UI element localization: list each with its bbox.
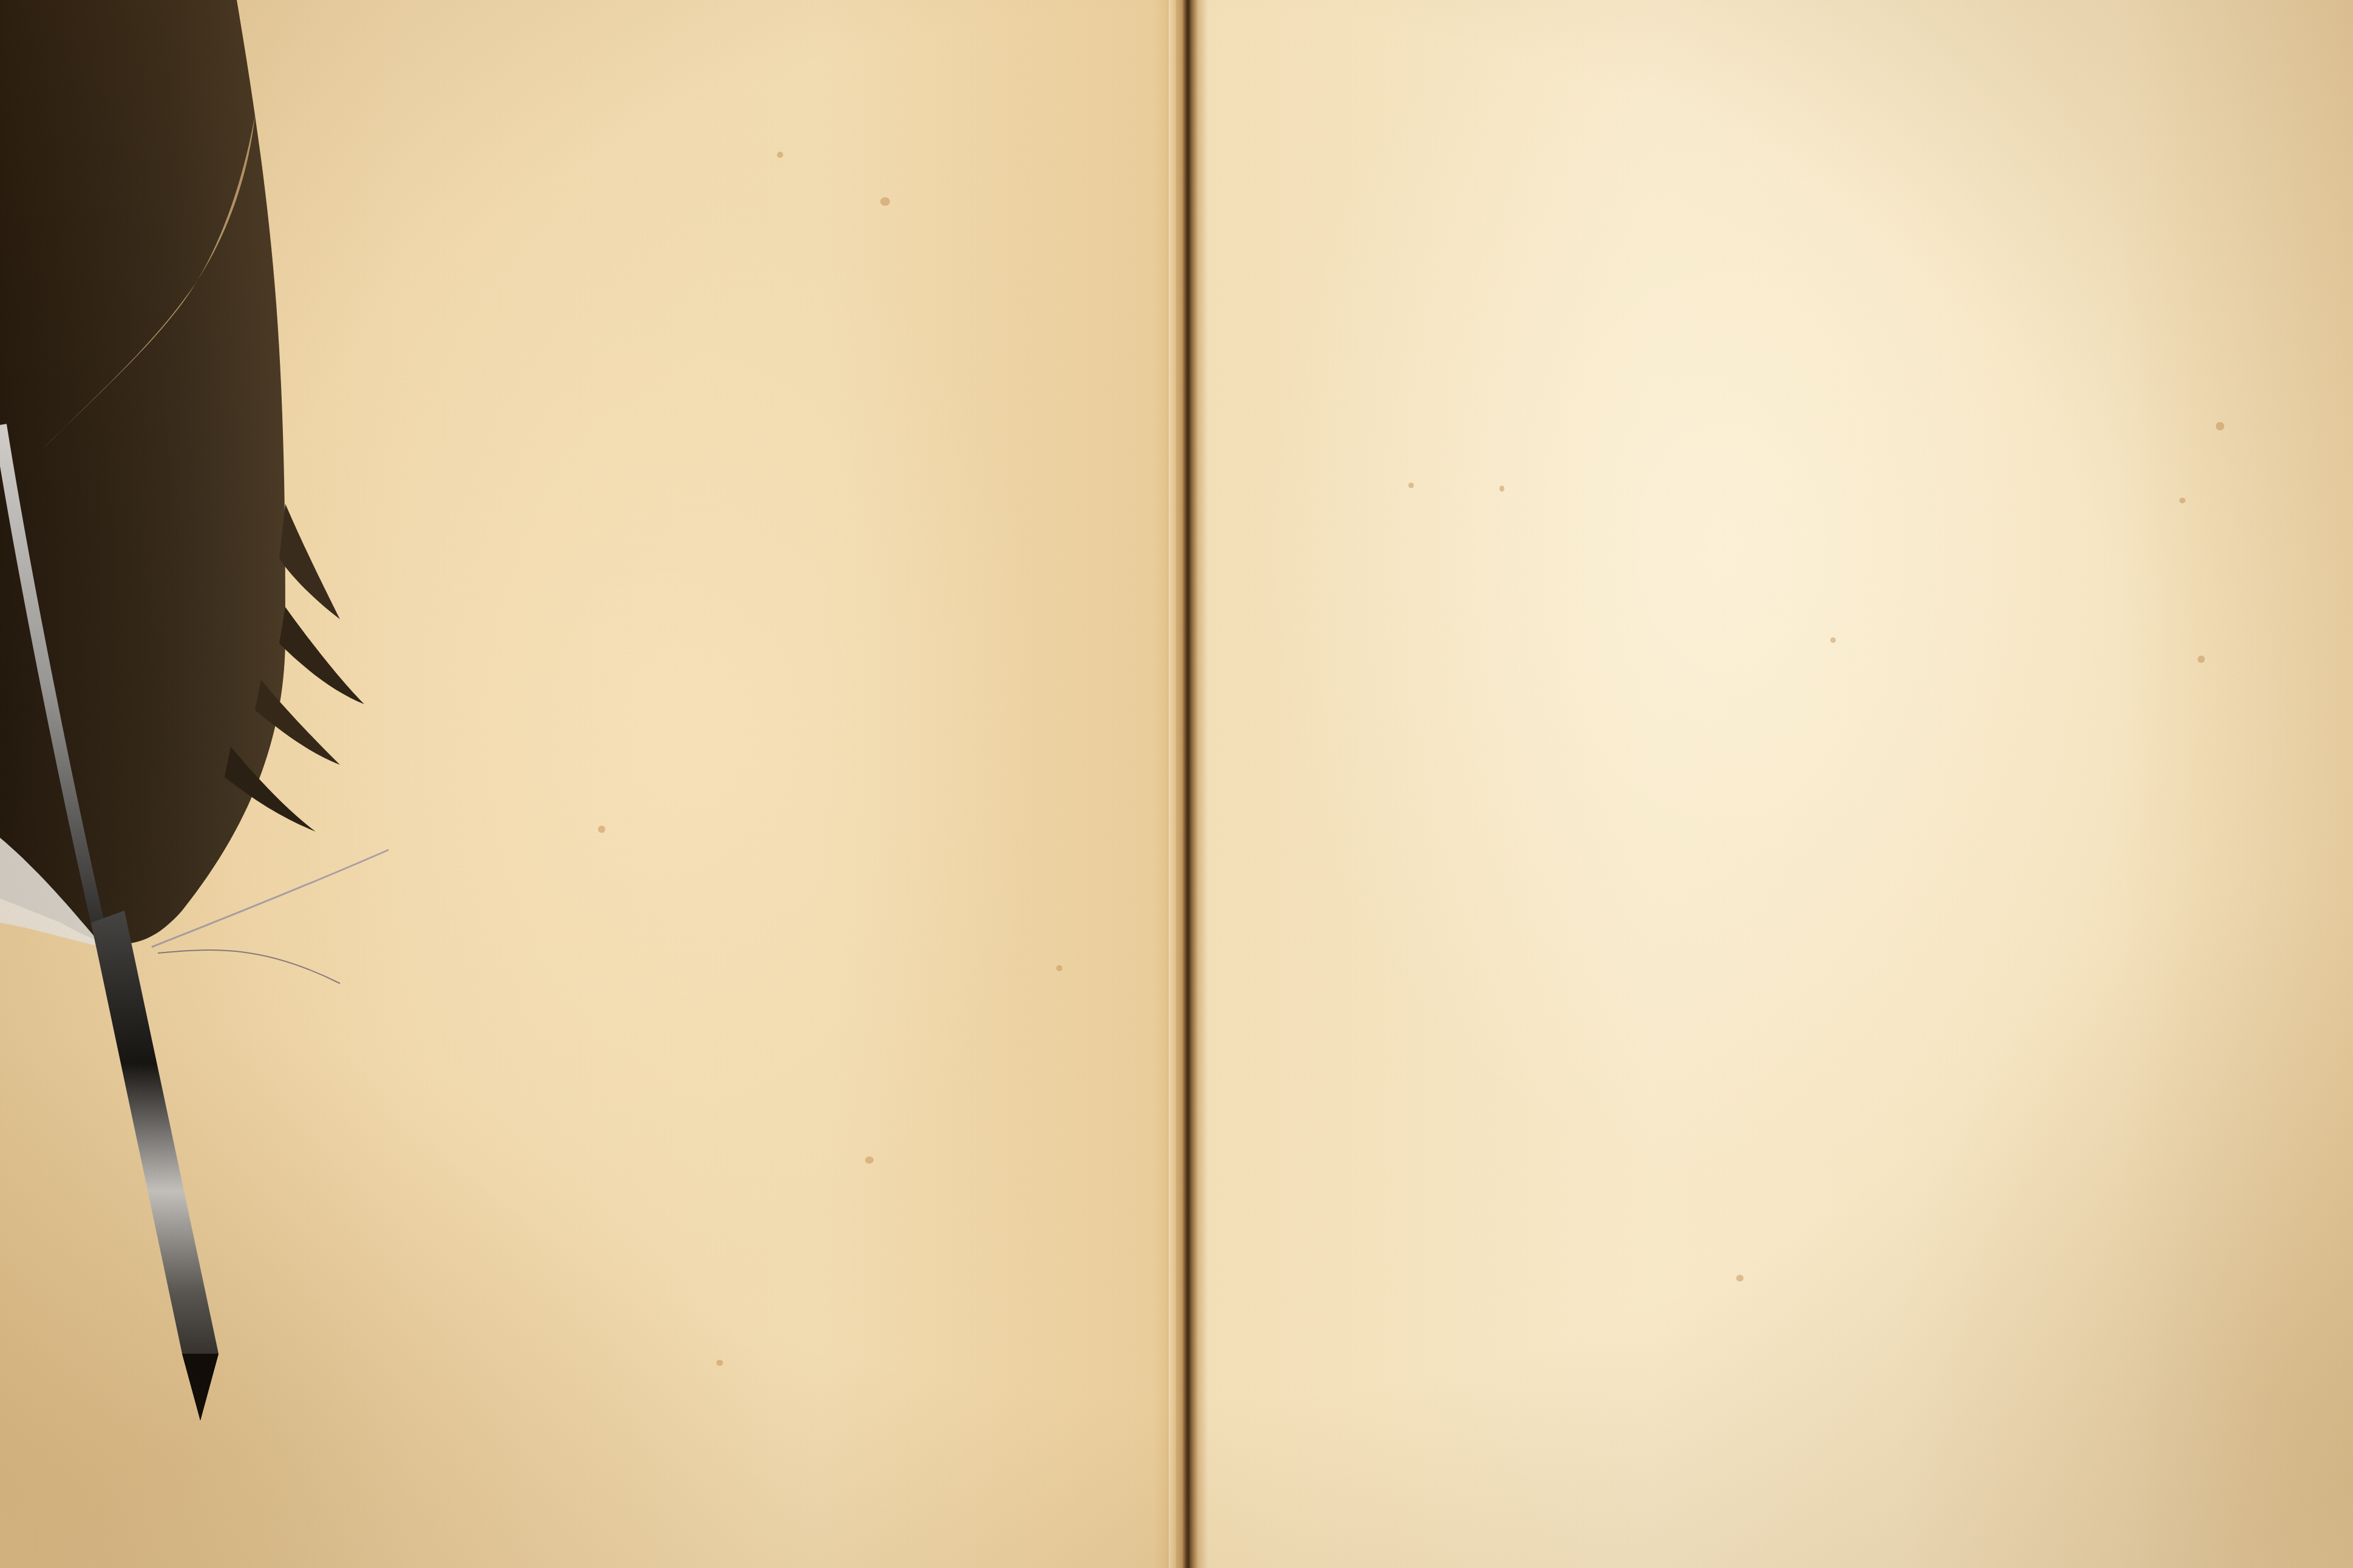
foxing-spot <box>598 826 605 833</box>
foxing-spot <box>1408 483 1414 488</box>
foxing-spot <box>2216 422 2224 430</box>
foxing-spot <box>2198 656 2205 663</box>
quill-feather-icon <box>0 0 425 1457</box>
book-photo <box>0 0 2353 1568</box>
foxing-spot <box>716 1360 723 1366</box>
foxing-spot <box>865 1156 874 1164</box>
foxing-spot <box>1499 486 1504 492</box>
foxing-spot <box>1736 1275 1744 1281</box>
right-page <box>1184 0 2353 1568</box>
foxing-spot <box>880 197 890 206</box>
page-edge <box>1169 0 1176 1568</box>
foxing-spot <box>1056 965 1062 971</box>
foxing-spot <box>1830 637 1836 643</box>
book-spine-gutter <box>1153 0 1208 1568</box>
foxing-spot <box>2179 498 2185 503</box>
foxing-spot <box>777 152 783 158</box>
